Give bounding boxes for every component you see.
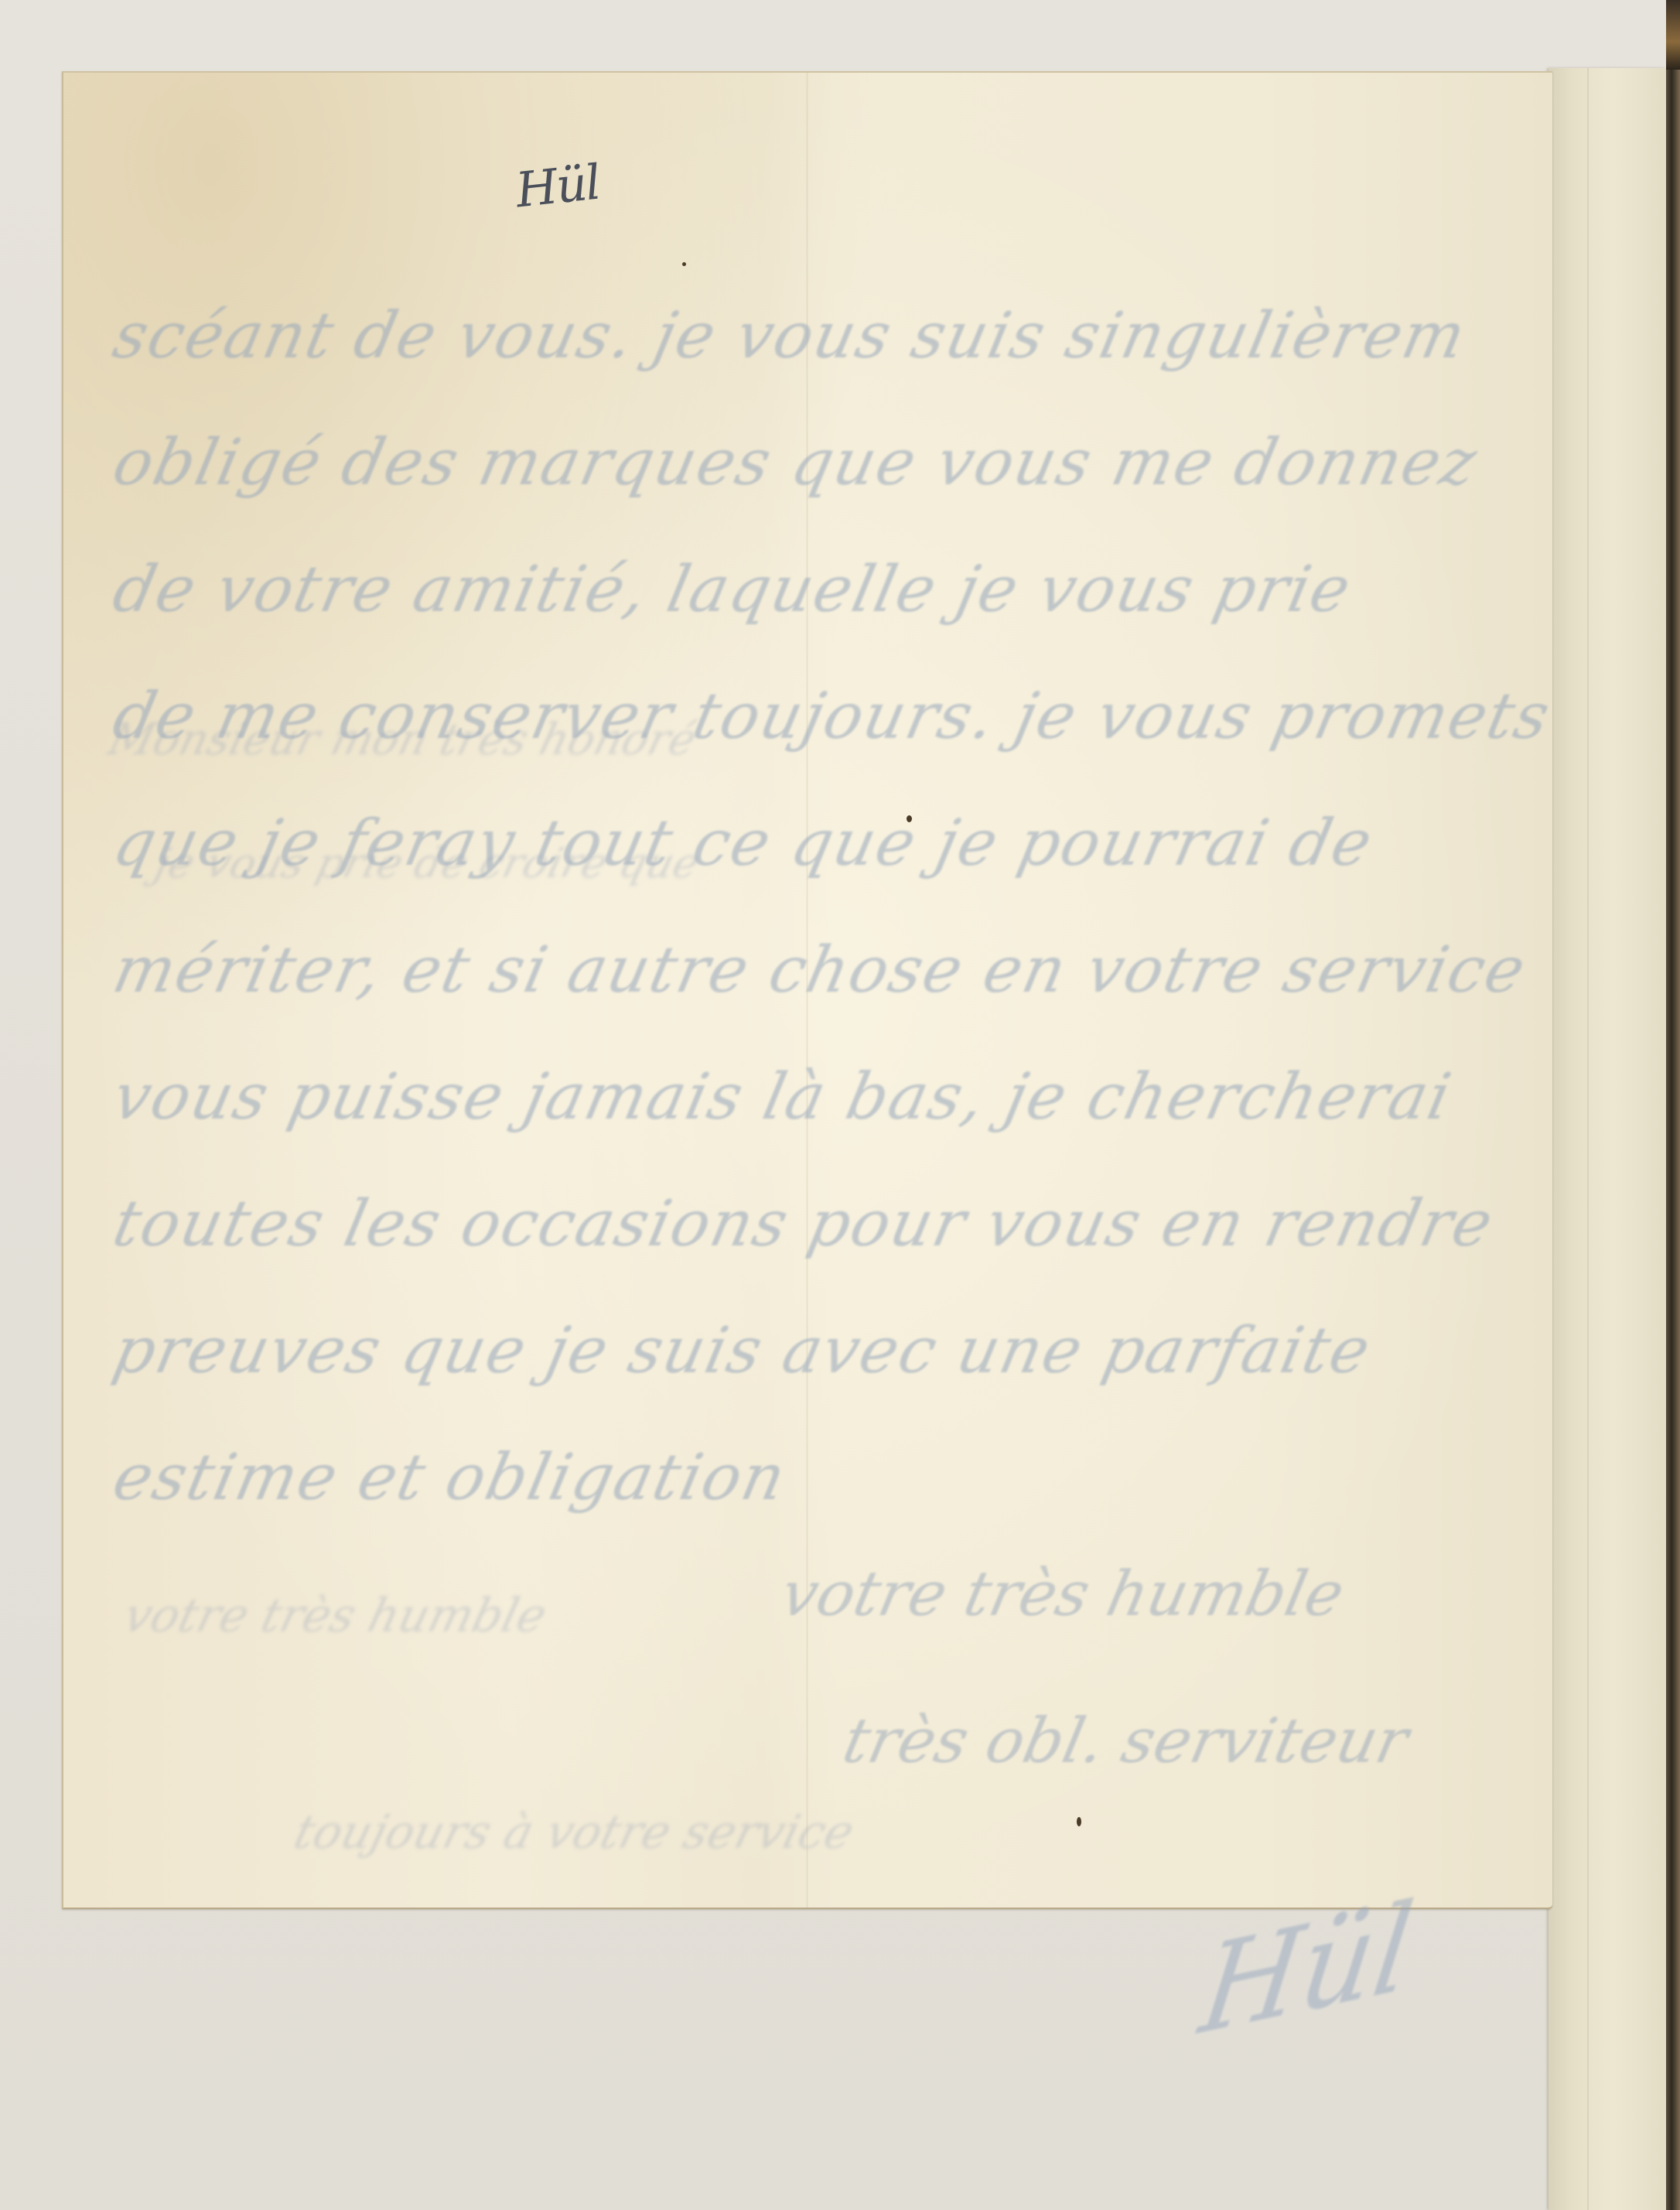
bleed-through-line: votre très humble (118, 1589, 551, 1643)
closing-line: votre très humble (775, 1558, 1350, 1630)
pencil-annotation: Hül (513, 154, 602, 219)
bleed-through-line: toujours à votre service (289, 1805, 859, 1860)
letter-line: preuves que je suis avec une parfaite (94, 1320, 1576, 1447)
letter-line: scéant de vous. je vous suis singulièrem (94, 305, 1576, 432)
folded-page-flap (1549, 68, 1666, 2210)
paper-speck (1077, 1817, 1081, 1826)
paper-speck (907, 815, 912, 822)
letter-body: scéant de vous. je vous suis singulièrem… (94, 305, 1549, 1573)
letter-line: mériter, et si autre chose en votre serv… (94, 939, 1576, 1066)
paper-speck (682, 262, 686, 266)
letter-page: Hül Monsieur mon très honoré je vous pri… (62, 71, 1552, 1909)
letter-line: de me conserver toujours. je vous promet… (94, 685, 1576, 812)
letter-line: vous puisse jamais là bas, je chercherai (94, 1066, 1576, 1193)
binding-edge (1666, 0, 1680, 2210)
letter-line: que je feray tout ce que je pourrai de (94, 812, 1576, 939)
closing-line: très obl. serviteur (837, 1705, 1414, 1777)
letter-line: de votre amitié, laquelle je vous prie (94, 558, 1576, 685)
letter-line: estime et obligation (94, 1447, 1576, 1573)
letter-line: toutes les occasions pour vous en rendre (94, 1193, 1576, 1320)
letter-line: obligé des marques que vous me donnez (94, 432, 1576, 558)
